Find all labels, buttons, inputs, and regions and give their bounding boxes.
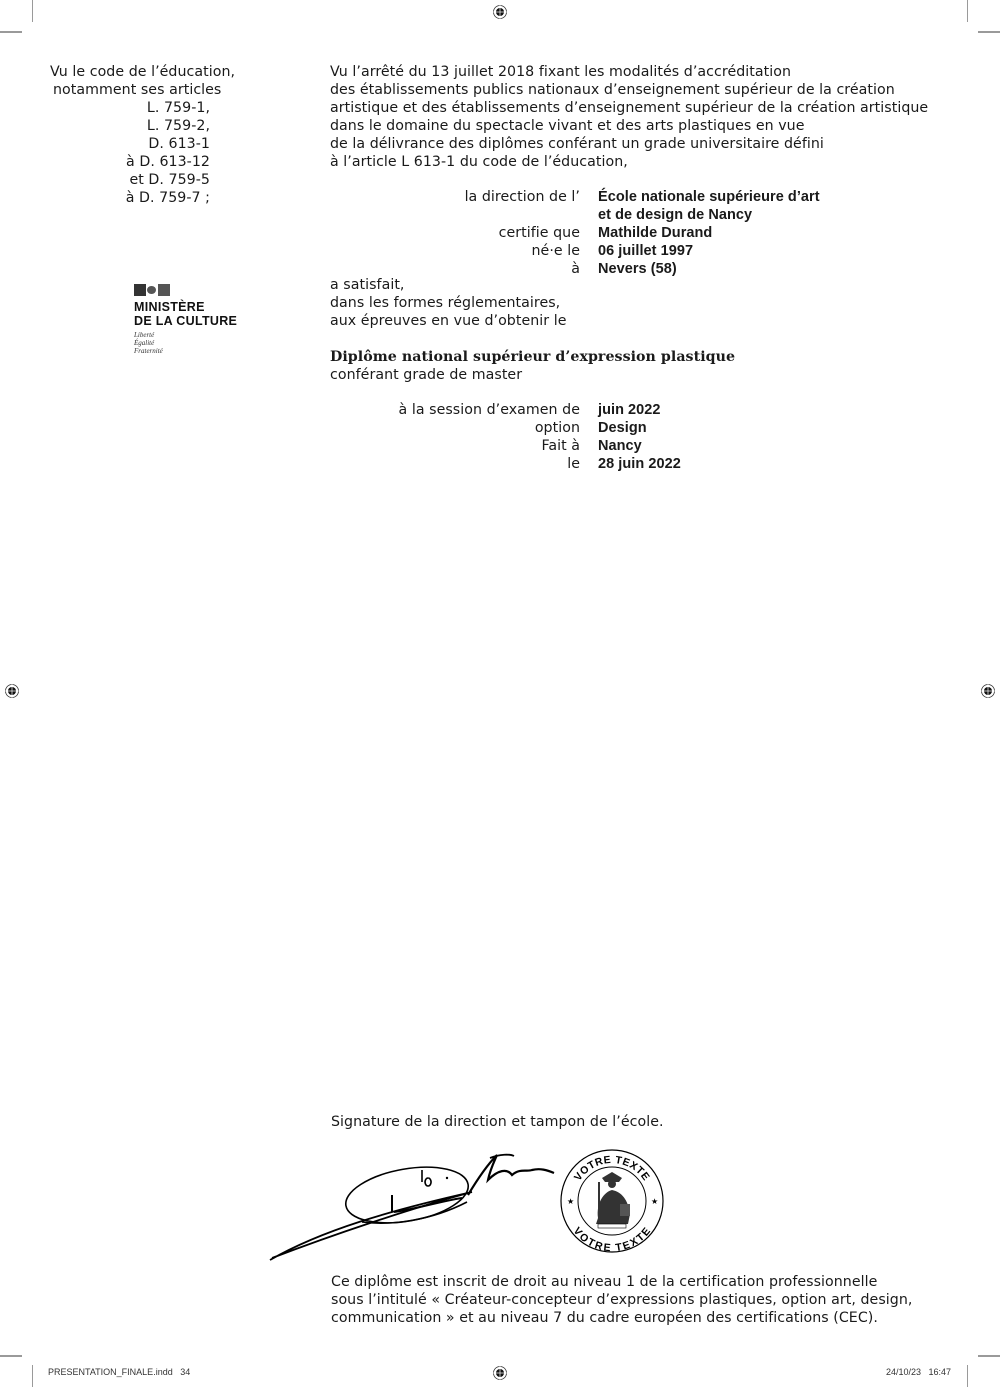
registration-mark-icon	[492, 4, 508, 20]
crop-mark	[967, 0, 968, 22]
statement-line: aux épreuves en vue d’obtenir le	[330, 312, 567, 330]
preamble-line: Vu l’arrêté du 13 juillet 2018 fixant le…	[330, 63, 950, 81]
legal-basis-intro: notamment ses articles	[50, 81, 265, 99]
school-name: École nationale supérieure d’art	[598, 188, 866, 206]
diploma-title: Diplôme national supérieur d’expression …	[330, 348, 735, 366]
print-slug-file: PRESENTATION_FINALE.indd 34	[48, 1367, 190, 1377]
date-label: le	[330, 455, 580, 473]
motto-line: Égalité	[134, 339, 237, 347]
satisfied-statement: a satisfait, dans les formes réglementai…	[330, 276, 567, 330]
ministry-name: DE LA CULTURE	[134, 314, 237, 328]
born-label: né·e le	[330, 242, 580, 260]
session-label: à la session d’examen de	[330, 401, 580, 419]
birthplace: Nevers (58)	[598, 260, 866, 278]
svg-text:★: ★	[567, 1197, 574, 1206]
crop-mark	[0, 1355, 22, 1357]
motto-line: Liberté	[134, 331, 237, 339]
article-ref: à D. 613-12	[50, 153, 210, 171]
session-value: juin 2022	[598, 401, 866, 419]
school-name: et de design de Nancy	[598, 206, 866, 224]
crop-mark	[32, 0, 33, 22]
statement-line: a satisfait,	[330, 276, 567, 294]
preamble: Vu l’arrêté du 13 juillet 2018 fixant le…	[330, 63, 950, 171]
certification-note: Ce diplôme est inscrit de droit au nivea…	[331, 1273, 931, 1327]
marianne-flag-icon	[134, 284, 170, 296]
svg-text:★: ★	[651, 1197, 658, 1206]
ministry-name: MINISTÈRE	[134, 300, 237, 314]
place-value: Nancy	[598, 437, 866, 455]
motto-line: Fraternité	[134, 347, 237, 355]
republic-motto: Liberté Égalité Fraternité	[134, 331, 237, 355]
article-list: L. 759-1, L. 759-2, D. 613-1 à D. 613-12…	[50, 99, 210, 207]
crop-mark	[32, 1365, 33, 1387]
registration-mark-icon	[980, 683, 996, 699]
statement-line: dans les formes réglementaires,	[330, 294, 567, 312]
crop-mark	[967, 1365, 968, 1387]
session-block: à la session d’examen de juin 2022 optio…	[330, 401, 890, 473]
article-ref: D. 613-1	[50, 135, 210, 153]
place-label: Fait à	[330, 437, 580, 455]
note-line: sous l’intitulé « Créateur-concepteur d’…	[331, 1291, 931, 1309]
crop-mark	[978, 1355, 1000, 1357]
article-ref: et D. 759-5	[50, 171, 210, 189]
certification-block: la direction de l’ École nationale supér…	[330, 188, 890, 278]
article-ref: L. 759-1,	[50, 99, 210, 117]
school-seal-icon: VOTRE TEXTE VOTRE TEXTE ★ ★	[558, 1148, 666, 1254]
crop-mark	[978, 31, 1000, 33]
legal-basis-intro: Vu le code de l’éducation,	[50, 63, 265, 81]
article-ref: à D. 759-7 ;	[50, 189, 210, 207]
option-label: option	[330, 419, 580, 437]
graduate-name: Mathilde Durand	[598, 224, 866, 242]
spacer	[330, 206, 580, 224]
print-slug-timestamp: 24/10/23 16:47	[886, 1367, 951, 1377]
note-line: communication » et au niveau 7 du cadre …	[331, 1309, 931, 1327]
ministry-logo: MINISTÈRE DE LA CULTURE Liberté Égalité …	[134, 284, 237, 355]
crop-mark	[0, 31, 22, 33]
preamble-line: de la délivrance des diplômes conférant …	[330, 135, 950, 153]
preamble-line: artistique et des établissements d’ensei…	[330, 99, 950, 117]
handwritten-signature-icon	[262, 1140, 572, 1265]
registration-mark-icon	[492, 1365, 508, 1381]
option-value: Design	[598, 419, 866, 437]
preamble-line: à l’article L 613-1 du code de l’éducati…	[330, 153, 950, 171]
article-ref: L. 759-2,	[50, 117, 210, 135]
preamble-line: des établissements publics nationaux d’e…	[330, 81, 950, 99]
date-value: 28 juin 2022	[598, 455, 866, 473]
preamble-line: dans le domaine du spectacle vivant et d…	[330, 117, 950, 135]
legal-basis: Vu le code de l’éducation, notamment ses…	[50, 63, 265, 207]
note-line: Ce diplôme est inscrit de droit au nivea…	[331, 1273, 931, 1291]
registration-mark-icon	[4, 683, 20, 699]
birth-date: 06 juillet 1997	[598, 242, 866, 260]
diploma-subtitle: conférant grade de master	[330, 366, 522, 384]
certifies-label: certifie que	[330, 224, 580, 242]
direction-label: la direction de l’	[330, 188, 580, 206]
signature-label: Signature de la direction et tampon de l…	[331, 1113, 664, 1131]
